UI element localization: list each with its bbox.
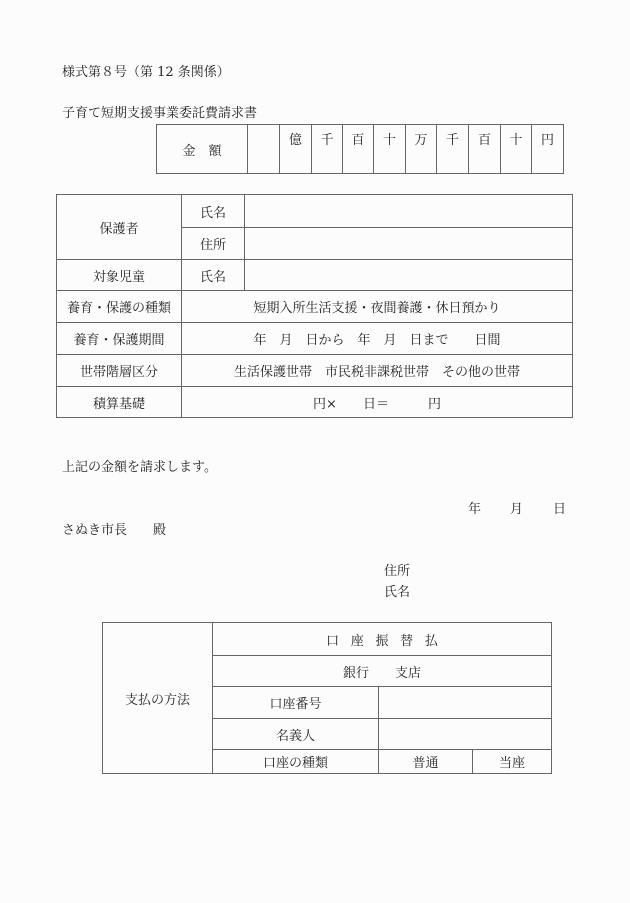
child-name-label: 氏名 [182,260,245,291]
account-transfer-label: 口座振替払 [213,623,552,656]
care-type-value[interactable]: 短期入所生活支援・夜間養護・休日預かり [182,291,573,323]
account-holder-field[interactable] [379,719,552,750]
guardian-name-label: 氏名 [182,195,245,228]
calculation-basis-label: 積算基礎 [57,387,182,418]
account-type-label: 口座の種類 [213,750,379,774]
amount-label: 金 額 [157,125,248,174]
addressee: さぬき市長 殿 [62,524,166,537]
account-number-field[interactable] [379,687,552,719]
date-day: 日 [553,503,566,516]
care-period-label: 養育・保護期間 [57,323,182,355]
date-month: 月 [510,503,523,516]
guardian-name-field[interactable] [245,195,573,228]
guardian-address-field[interactable] [245,228,573,260]
form-number: 様式第８号（第 12 条関係） [62,66,230,79]
care-period-value[interactable]: 年 月 日から 年 月 日まで 日間 [182,323,573,355]
amount-blank-cell[interactable] [248,125,280,174]
amount-digit-sen[interactable]: 千 [437,125,469,174]
amount-digit-sen-man[interactable]: 千 [312,125,343,174]
payment-method-label: 支払の方法 [103,623,213,774]
amount-digit-oku[interactable]: 億 [280,125,312,174]
applicant-name-label: 氏名 [384,586,410,599]
document-title: 子育て短期支援事業委託費請求書 [62,107,257,120]
account-type-ordinary[interactable]: 普通 [379,750,473,774]
applicant-address-label: 住所 [384,565,410,578]
account-holder-label: 名義人 [213,719,379,750]
calculation-basis-value[interactable]: 円× 日＝ 円 [182,387,573,418]
household-class-value[interactable]: 生活保護世帯 市民税非課税世帯 その他の世帯 [182,355,573,387]
request-text: 上記の金額を請求します。 [62,461,217,474]
amount-digit-juu[interactable]: 十 [501,125,532,174]
date-year: 年 [468,503,481,516]
child-name-field[interactable] [245,260,573,291]
guardian-label: 保護者 [57,195,182,260]
amount-table: 金 額 億 千 百 十 万 千 百 十 円 [156,124,564,174]
amount-digit-juu-man[interactable]: 十 [374,125,406,174]
main-table: 保護者 氏名 住所 対象児童 氏名 養育・保護の種類 短期入所生活支援・夜間養護… [56,194,573,418]
amount-digit-man[interactable]: 万 [406,125,437,174]
household-class-label: 世帯階層区分 [57,355,182,387]
bank-branch-field[interactable]: 銀行 支店 [213,656,552,687]
child-label: 対象児童 [57,260,182,291]
amount-digit-hyaku[interactable]: 百 [469,125,501,174]
guardian-address-label: 住所 [182,228,245,260]
amount-digit-en[interactable]: 円 [532,125,564,174]
payment-table: 支払の方法 口座振替払 銀行 支店 口座番号 名義人 口座の種類 普通 当座 [102,622,552,774]
amount-digit-hyaku-man[interactable]: 百 [343,125,374,174]
account-type-current[interactable]: 当座 [473,750,552,774]
care-type-label: 養育・保護の種類 [57,291,182,323]
account-number-label: 口座番号 [213,687,379,719]
